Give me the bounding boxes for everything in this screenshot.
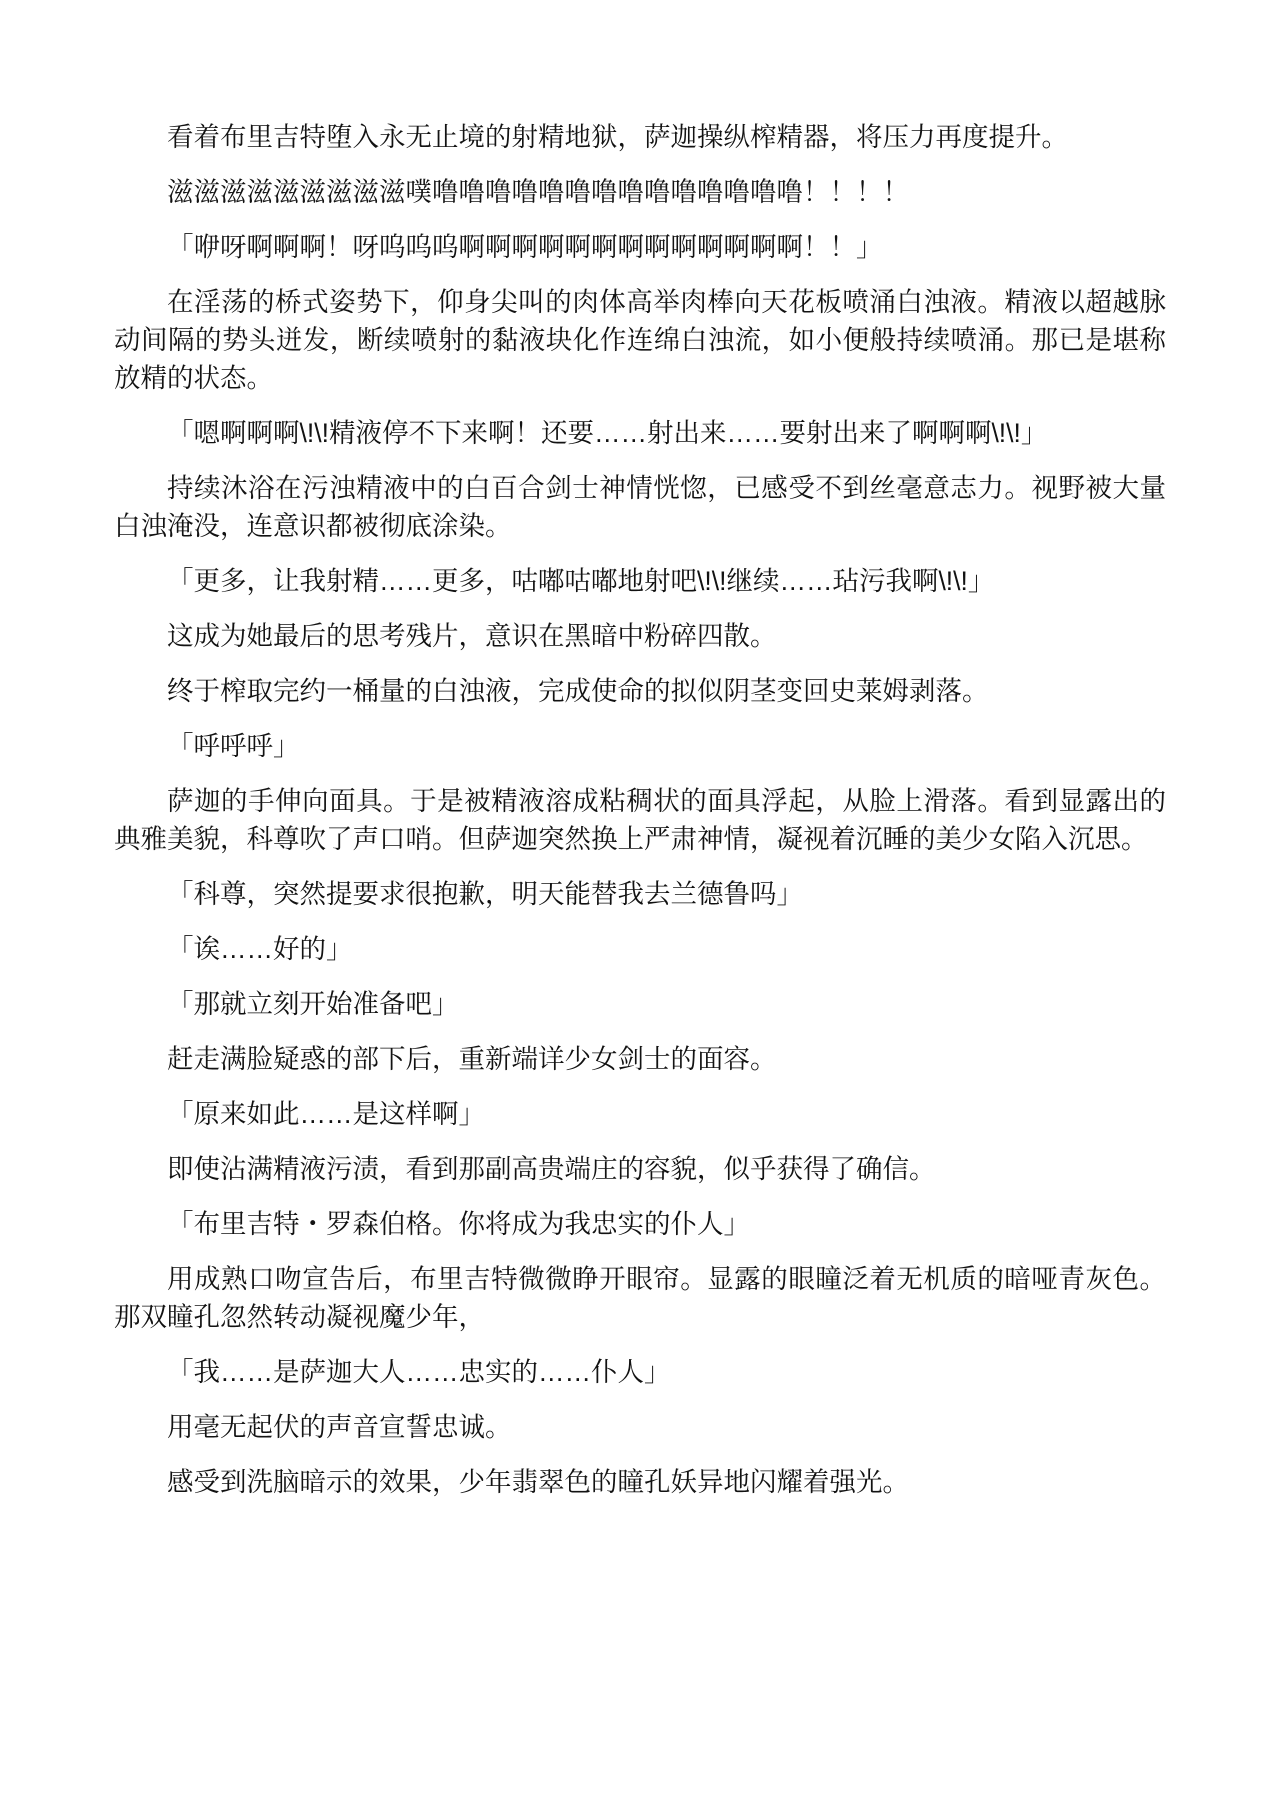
paragraph-dialogue: 「呼呼呼」 (114, 727, 1166, 765)
paragraph: 感受到洗脑暗示的效果，少年翡翠色的瞳孔妖异地闪耀着强光。 (114, 1463, 1166, 1501)
paragraph-dialogue: 「咿呀啊啊啊！呀呜呜呜啊啊啊啊啊啊啊啊啊啊啊啊啊！！」 (114, 228, 1166, 266)
paragraph: 萨迦的手伸向面具。于是被精液溶成粘稠状的面具浮起，从脸上滑落。看到显露出的典雅美… (114, 782, 1166, 858)
paragraph: 即使沾满精液污渍，看到那副高贵端庄的容貌，似乎获得了确信。 (114, 1150, 1166, 1188)
paragraph-dialogue: 「那就立刻开始准备吧」 (114, 985, 1166, 1023)
paragraph: 赶走满脸疑惑的部下后，重新端详少女剑士的面容。 (114, 1040, 1166, 1078)
paragraph: 持续沐浴在污浊精液中的白百合剑士神情恍惚，已感受不到丝毫意志力。视野被大量白浊淹… (114, 469, 1166, 545)
paragraph-dialogue: 「布里吉特・罗森伯格。你将成为我忠实的仆人」 (114, 1205, 1166, 1243)
paragraph-dialogue: 「原来如此……是这样啊」 (114, 1095, 1166, 1133)
paragraph-sfx: 滋滋滋滋滋滋滋滋滋噗噜噜噜噜噜噜噜噜噜噜噜噜噜噜！！！！ (114, 173, 1166, 211)
paragraph: 这成为她最后的思考残片，意识在黑暗中粉碎四散。 (114, 617, 1166, 655)
paragraph-dialogue: 「科尊，突然提要求很抱歉，明天能替我去兰德鲁吗」 (114, 875, 1166, 913)
paragraph: 用成熟口吻宣告后，布里吉特微微睁开眼帘。显露的眼瞳泛着无机质的暗哑青灰色。那双瞳… (114, 1260, 1166, 1336)
text-body: 看着布里吉特堕入永无止境的射精地狱，萨迦操纵榨精器，将压力再度提升。 滋滋滋滋滋… (114, 118, 1166, 1501)
paragraph-dialogue: 「诶……好的」 (114, 930, 1166, 968)
paragraph-dialogue: 「嗯啊啊啊\!\!精液停不下来啊！还要……射出来……要射出来了啊啊啊\!\!」 (114, 414, 1166, 452)
paragraph: 用毫无起伏的声音宣誓忠诚。 (114, 1408, 1166, 1446)
paragraph-dialogue: 「我……是萨迦大人……忠实的……仆人」 (114, 1353, 1166, 1391)
paragraph: 看着布里吉特堕入永无止境的射精地狱，萨迦操纵榨精器，将压力再度提升。 (114, 118, 1166, 156)
paragraph: 终于榨取完约一桶量的白浊液，完成使命的拟似阴茎变回史莱姆剥落。 (114, 672, 1166, 710)
paragraph-dialogue: 「更多，让我射精……更多，咕嘟咕嘟地射吧\!\!继续……玷污我啊\!\!」 (114, 562, 1166, 600)
document-page: 看着布里吉特堕入永无止境的射精地狱，萨迦操纵榨精器，将压力再度提升。 滋滋滋滋滋… (0, 0, 1280, 1808)
paragraph: 在淫荡的桥式姿势下，仰身尖叫的肉体高举肉棒向天花板喷涌白浊液。精液以超越脉动间隔… (114, 283, 1166, 397)
